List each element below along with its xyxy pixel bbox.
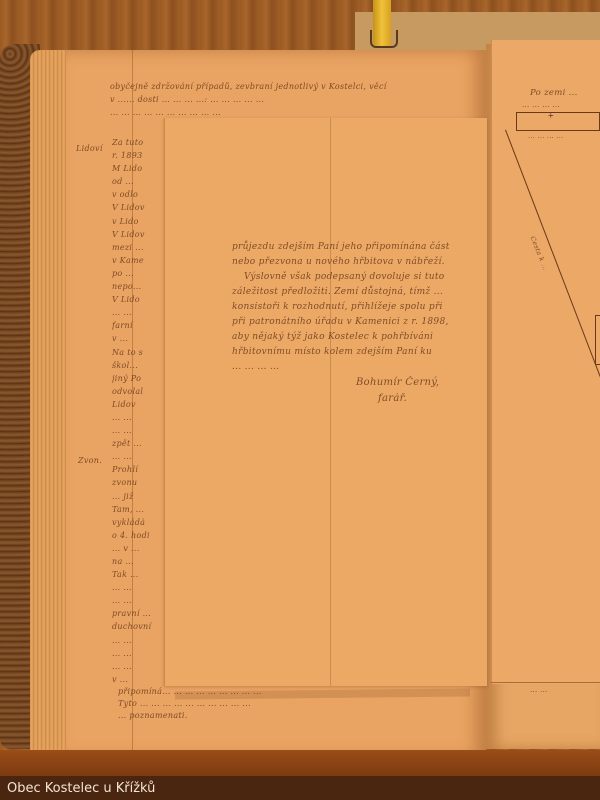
text-line: při patronátního úřadu v Kamenici z r. 1… [232,315,482,330]
text-line: v ... [112,332,164,345]
inserted-sheet [164,118,487,686]
text-line: v ... [112,673,164,686]
text-line: ... ... [112,647,164,660]
text-line: zvonu [112,476,164,489]
text-line: v odlo [112,188,164,201]
text-line: M Lido [112,162,164,175]
text-line: připomíná... ... ... ... ... ... ... ...… [118,686,262,698]
text-line: nebo přezvona u nového hřbitova v nábřež… [232,255,482,270]
text-line: ... již [112,490,164,503]
text-line: v Lido [112,215,164,228]
fold-line [330,118,331,686]
text-line: Na to s [112,346,164,359]
text-line: V Lidov [112,228,164,241]
text-line: obyčejně zdržování případů, zevbraní jed… [110,80,387,93]
text-line: průjezdu zdejším Paní jeho připomínána č… [232,240,482,255]
text-line: ... poznamenati. [118,710,262,722]
text-line: Prohlí [112,463,164,476]
signature-name: Bohumír Černý, [356,377,439,388]
text-line: od ... [112,175,164,188]
right-page-note: ... ... [530,686,548,694]
text-line: Lidov [112,398,164,411]
text-line: vykládá [112,516,164,529]
right-page-text: ... ... ... ... [528,132,564,140]
text-line: ... ... [112,594,164,607]
text-line: záležitost předložiti. Zemí důstojná, tí… [232,285,482,300]
text-line: mezi ... [112,241,164,254]
photo-scene: obyčejně zdržování případů, zevbraní jed… [0,0,600,776]
text-line: na ... [112,555,164,568]
text-line: aby nějaký týž jako Kostelec k pohřbíván… [232,330,482,345]
text-line: o 4. hodi [112,529,164,542]
text-line: farní [112,319,164,332]
text-line: pravní ... [112,607,164,620]
caption-bar: Obec Kostelec u Křížků [0,776,600,800]
top-text-block: obyčejně zdržování případů, zevbraní jed… [110,80,387,119]
text-line: nepo... [112,280,164,293]
main-text-block: průjezdu zdejším Paní jeho připomínána č… [232,240,482,375]
map-rectangle-small [595,315,600,365]
left-column-text: Za tuto r. 1893 M Lido od ... v odlo V L… [112,136,164,686]
map-rectangle [516,112,600,131]
text-line: Tak ... [112,568,164,581]
text-line: v ...... dosti ... ... ... ...: ... ... … [110,93,387,106]
text-line: r. 1893 [112,149,164,162]
text-line: odvolal [112,385,164,398]
text-line: Tyto ... ... ... ... ... ... ... ... ...… [118,698,262,710]
text-line: jiný Po [112,372,164,385]
text-line: ... v ... [112,542,164,555]
text-line: ... ... ... ... [232,360,482,375]
text-line: Výslovně však podepsaný dovoluje si tuto [232,270,482,285]
text-line: Tam, ... [112,503,164,516]
text-line: ... ... [112,581,164,594]
cross-icon: + [548,111,554,122]
text-line: ... ... [112,634,164,647]
margin-note: Zvon. [78,456,102,465]
text-line: po ... [112,267,164,280]
signature-title: farář. [378,393,407,404]
text-line: ... ... [112,450,164,463]
page-edges [30,50,70,755]
text-line: škol... [112,359,164,372]
text-line: V Lido [112,293,164,306]
text-line: duchovní [112,620,164,633]
table-surface [0,750,600,776]
text-line: Za tuto [112,136,164,149]
text-line: hřbitovnímu místo kolem zdejším Paní ku [232,345,482,360]
bottom-text-block: připomíná... ... ... ... ... ... ... ...… [118,686,262,722]
right-page-text: Po zemi ... [530,88,578,98]
text-line: ... ... [112,306,164,319]
text-line: ... ... [112,424,164,437]
margin-note: Lidoví [76,144,103,153]
text-line: ... ... [112,411,164,424]
right-page-rule [491,682,600,683]
paper-clip-icon [370,30,398,48]
text-line: v Kame [112,254,164,267]
text-line: konsistoři k rozhodnutí, přihlížeje spol… [232,300,482,315]
text-line: zpět ... [112,437,164,450]
text-line: V Lidov [112,201,164,214]
caption-text: Obec Kostelec u Křížků [0,781,155,796]
right-page-text: ... ... ... ... [522,101,560,109]
text-line: ... ... [112,660,164,673]
